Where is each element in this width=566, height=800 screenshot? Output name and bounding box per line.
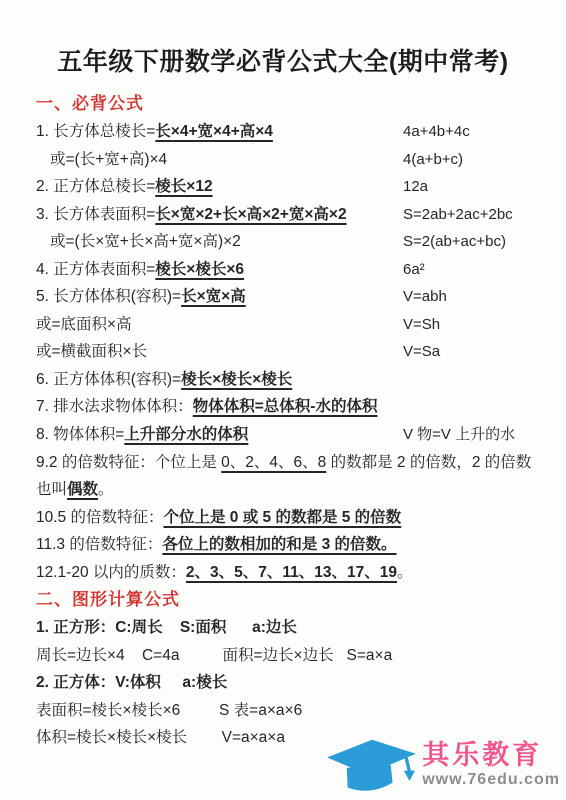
formula-line: 4. 正方体表面积=棱长×棱长×66a²	[36, 256, 566, 284]
section-header-2: 二、图形计算公式	[36, 586, 566, 614]
formula-line: 或=(长×宽+长×高+宽×高)×2S=2(ab+ac+bc)	[36, 228, 566, 256]
formula-line: 1. 长方体总棱长=长×4+宽×4+高×44a+4b+4c	[36, 118, 566, 146]
formula-text-segment: 3. 长方体表面积=	[36, 206, 155, 223]
formula-line: 3. 长方体表面积=长×宽×2+长×高×2+宽×高×2S=2ab+2ac+2bc	[36, 201, 566, 229]
formula-symbolic-value: V=abh	[403, 283, 447, 311]
formula-text-segment: 周长=边长×4 C=4a 面积=边长×边长 S=a×a	[36, 647, 392, 664]
section-header-1: 一、必背公式	[36, 90, 566, 118]
formula-line: 9.2 的倍数特征：个位上是 0、2、4、6、8 的数都是 2 的倍数，2 的倍…	[36, 449, 566, 477]
formula-line: 表面积=棱长×棱长×6 S 表=a×a×6	[36, 697, 566, 725]
content: 一、必背公式1. 长方体总棱长=长×4+宽×4+高×44a+4b+4c或=(长+…	[0, 90, 566, 752]
formula-line: 7. 排水法求物体体积：物体体积=总体积-水的体积	[36, 393, 566, 421]
formula-symbolic-value: S=2ab+2ac+2bc	[403, 201, 513, 229]
formula-text-segment: 或=底面积×高	[36, 316, 132, 333]
formula-line: 8. 物体体积=上升部分水的体积V 物=V 上升的水	[36, 421, 566, 449]
logo-brand-name: 其乐教育	[422, 741, 560, 770]
formula-text-segment: 。	[397, 564, 413, 581]
formula-line: 10.5 的倍数特征：个位上是 0 或 5 的数都是 5 的倍数	[36, 504, 566, 532]
formula-line: 1. 正方形：C:周长 S:面积 a:边长	[36, 614, 566, 642]
formula-text-segment: 4. 正方体表面积=	[36, 261, 155, 278]
formula-text-segment: 偶数	[67, 481, 98, 498]
formula-text-segment: 5. 长方体体积(容积)=	[36, 288, 181, 305]
formula-text-segment: 的数都是 2 的倍数，2 的倍数	[326, 454, 531, 471]
formula-symbolic-value: 4a+4b+4c	[403, 118, 470, 146]
formula-symbolic-value: 4(a+b+c)	[403, 146, 463, 174]
formula-line: 6. 正方体体积(容积)=棱长×棱长×棱长	[36, 366, 566, 394]
formula-line: 也叫偶数。	[36, 476, 566, 504]
formula-text-segment: 体积=棱长×棱长×棱长 V=a×a×a	[36, 729, 285, 746]
formula-text-segment: 上升部分水的体积	[124, 426, 248, 443]
formula-text-segment: 9.2 的倍数特征：个位上是	[36, 454, 221, 471]
formula-line: 2. 正方体：V:体积 a:棱长	[36, 669, 566, 697]
formula-text-segment: 。	[98, 481, 114, 498]
formula-symbolic-value: 12a	[403, 173, 428, 201]
formula-text-segment: 表面积=棱长×棱长×6 S 表=a×a×6	[36, 702, 302, 719]
formula-line: 11.3 的倍数特征：各位上的数相加的和是 3 的倍数。	[36, 531, 566, 559]
formula-text-segment: 或=(长+宽+高)×4	[50, 151, 167, 168]
logo-text: 其乐教育 www.76edu.com	[422, 741, 560, 789]
formula-text-segment: 棱长×12	[155, 178, 212, 195]
formula-text-segment: 2. 正方体：V:体积 a:棱长	[36, 674, 227, 691]
formula-line: 2. 正方体总棱长=棱长×1212a	[36, 173, 566, 201]
formula-line: 12.1-20 以内的质数：2、3、5、7、11、13、17、19。	[36, 559, 566, 587]
formula-text-segment: 8. 物体体积=	[36, 426, 124, 443]
formula-line: 或=横截面积×长V=Sa	[36, 338, 566, 366]
page-title: 五年级下册数学必背公式大全(期中常考)	[0, 0, 566, 78]
formula-symbolic-value: S=2(ab+ac+bc)	[403, 228, 506, 256]
formula-text-segment: 10.5 的倍数特征：	[36, 509, 163, 526]
formula-text-segment: 长×宽×2+长×高×2+宽×高×2	[155, 206, 346, 223]
formula-text-segment: 或=横截面积×长	[36, 343, 147, 360]
formula-line: 周长=边长×4 C=4a 面积=边长×边长 S=a×a	[36, 642, 566, 670]
formula-text-segment: 11.3 的倍数特征：	[36, 536, 162, 553]
logo-url: www.76edu.com	[422, 770, 560, 789]
formula-symbolic-value: V 物=V 上升的水	[403, 421, 515, 449]
brand-logo: 其乐教育 www.76edu.com	[324, 736, 560, 794]
formula-text-segment: 棱长×棱长×6	[155, 261, 244, 278]
graduation-cap-icon	[324, 736, 420, 794]
formula-text-segment: 0、2、4、6、8	[221, 454, 326, 471]
formula-text-segment: 2. 正方体总棱长=	[36, 178, 155, 195]
formula-text-segment: 各位上的数相加的和是 3 的倍数。	[162, 536, 396, 553]
formula-text-segment: 6. 正方体体积(容积)=	[36, 371, 181, 388]
formula-symbolic-value: 6a²	[403, 256, 425, 284]
formula-text-segment: 个位上是 0 或 5 的数都是 5 的倍数	[163, 509, 401, 526]
formula-text-segment: 1. 长方体总棱长=	[36, 123, 155, 140]
formula-line: 或=底面积×高V=Sh	[36, 311, 566, 339]
formula-symbolic-value: V=Sh	[403, 311, 440, 339]
formula-text-segment: 2、3、5、7、11、13、17、19	[186, 564, 397, 581]
formula-text-segment: 1. 正方形：C:周长 S:面积 a:边长	[36, 619, 297, 636]
formula-symbolic-value: V=Sa	[403, 338, 440, 366]
formula-text-segment: 长×4+宽×4+高×4	[155, 123, 273, 140]
formula-text-segment: 7. 排水法求物体体积：	[36, 398, 193, 415]
formula-text-segment: 长×宽×高	[181, 288, 246, 305]
formula-line: 5. 长方体体积(容积)=长×宽×高V=abh	[36, 283, 566, 311]
formula-text-segment: 棱长×棱长×棱长	[181, 371, 292, 388]
formula-text-segment: 物体体积=总体积-水的体积	[193, 398, 378, 415]
formula-text-segment: 或=(长×宽+长×高+宽×高)×2	[50, 233, 241, 250]
formula-text-segment: 也叫	[36, 481, 67, 498]
formula-line: 或=(长+宽+高)×44(a+b+c)	[36, 146, 566, 174]
formula-text-segment: 12.1-20 以内的质数：	[36, 564, 186, 581]
